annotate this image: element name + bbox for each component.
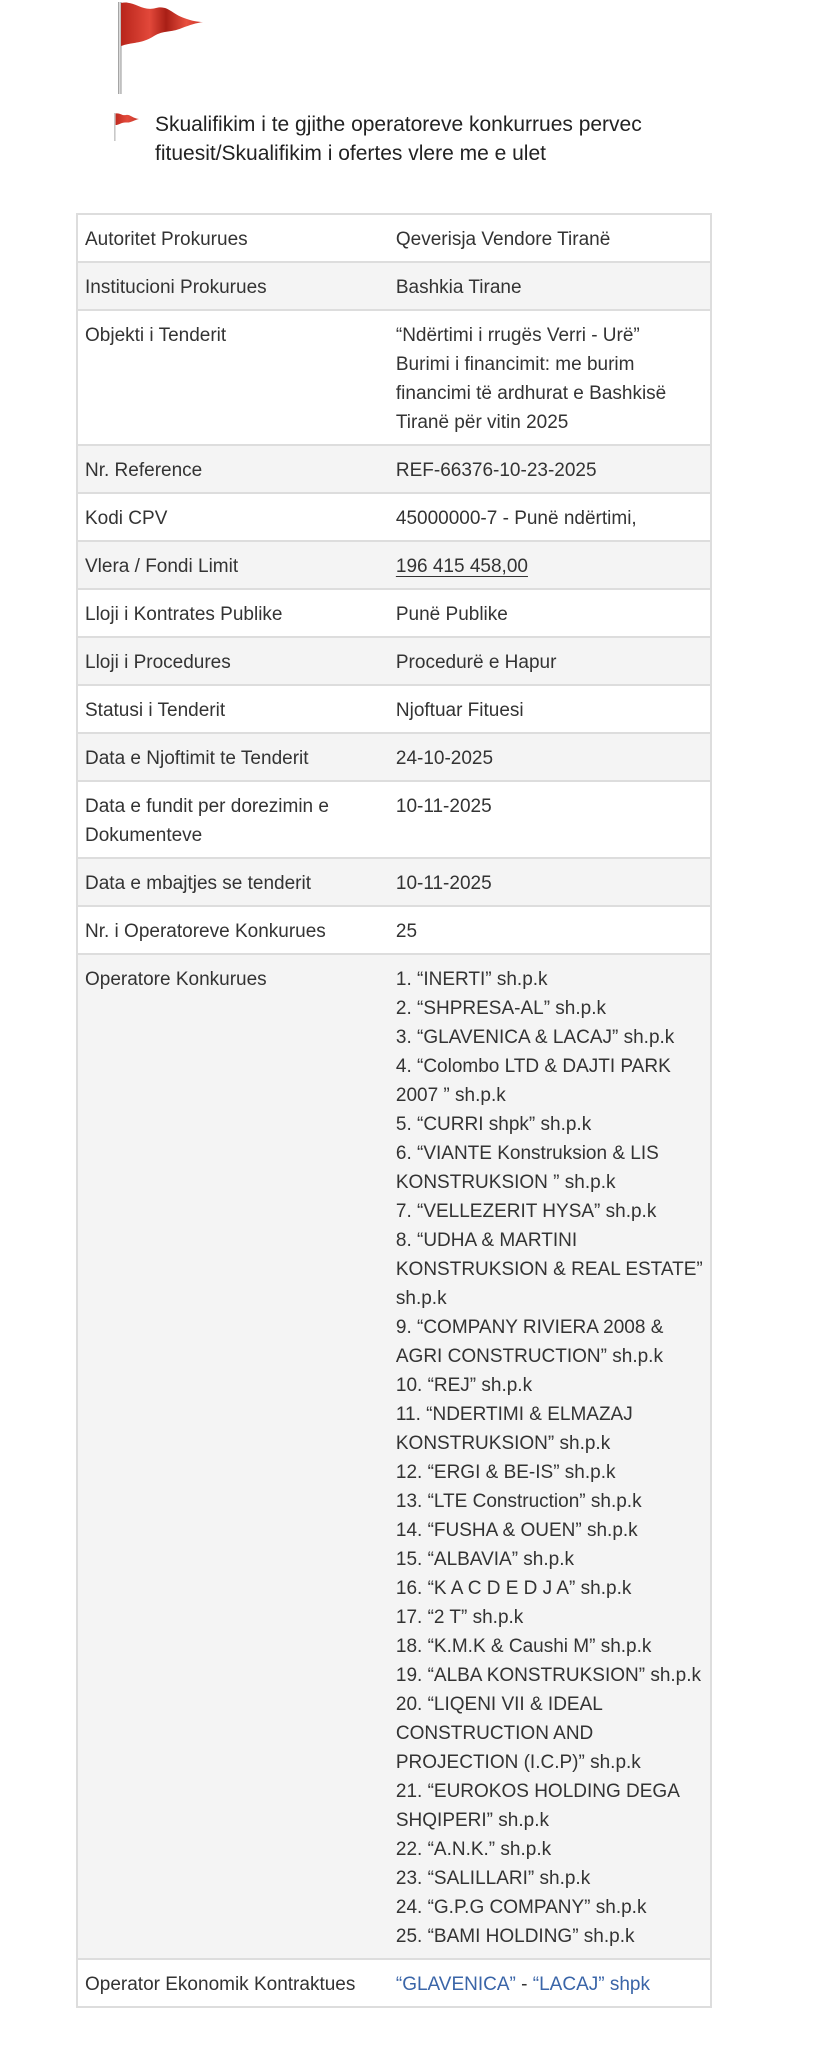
row-label: Nr. Reference: [77, 445, 388, 493]
red-flag-icon: [112, 112, 144, 144]
list-item: 2. “SHPRESA-AL” sh.p.k: [396, 994, 703, 1023]
winner-link-lacaj[interactable]: “LACAJ” shpk: [533, 1974, 650, 1995]
disqualification-headline: Skualifikim i te gjithe operatoreve konk…: [155, 110, 752, 168]
table-row: Vlera / Fondi Limit 196 415 458,00: [77, 541, 711, 589]
table-row: Nr. i Operatoreve Konkurues 25: [77, 906, 711, 954]
limit-fund-value[interactable]: 196 415 458,00: [396, 556, 528, 577]
list-item: 1. “INERTI” sh.p.k: [396, 965, 703, 994]
reference-number-value: REF-66376-10-23-2025: [388, 445, 711, 493]
procedure-type-value: Procedurë e Hapur: [388, 637, 711, 685]
list-item: 21. “EUROKOS HOLDING DEGA SHQIPERI” sh.p…: [396, 1777, 703, 1835]
list-item: 10. “REJ” sh.p.k: [396, 1371, 703, 1400]
list-item: 9. “COMPANY RIVIERA 2008 & AGRI CONSTRUC…: [396, 1313, 703, 1371]
list-item: 11. “NDERTIMI & ELMAZAJ KONSTRUKSION” sh…: [396, 1400, 703, 1458]
row-label: Nr. i Operatoreve Konkurues: [77, 906, 388, 954]
winner-separator: -: [516, 1974, 533, 1995]
tender-object-title: “Ndërtimi i rrugës Verri - Urë”: [396, 321, 703, 350]
list-item: 6. “VIANTE Konstruksion & LIS KONSTRUKSI…: [396, 1139, 703, 1197]
cpv-code-value: 45000000-7 - Punë ndërtimi,: [388, 493, 711, 541]
row-label: Data e fundit per dorezimin e Dokumentev…: [77, 781, 388, 858]
contracting-institution-value: Bashkia Tirane: [388, 262, 711, 310]
list-item: 24. “G.P.G COMPANY” sh.p.k: [396, 1893, 703, 1922]
row-label: Data e mbajtjes se tenderit: [77, 858, 388, 906]
tender-status-value: Njoftuar Fituesi: [388, 685, 711, 733]
list-item: 7. “VELLEZERIT HYSA” sh.p.k: [396, 1197, 703, 1226]
table-row: Nr. Reference REF-66376-10-23-2025: [77, 445, 711, 493]
table-row: Operator Ekonomik Kontraktues “GLAVENICA…: [77, 1959, 711, 2007]
row-label: Lloji i Procedures: [77, 637, 388, 685]
list-item: 19. “ALBA KONSTRUKSION” sh.p.k: [396, 1661, 703, 1690]
tender-object-value: “Ndërtimi i rrugës Verri - Urë” Burimi i…: [388, 310, 711, 445]
list-item: 17. “2 T” sh.p.k: [396, 1603, 703, 1632]
table-row: Lloji i Kontrates Publike Punë Publike: [77, 589, 711, 637]
red-flag-icon: [112, 0, 212, 96]
list-item: 8. “UDHA & MARTINI KONSTRUKSION & REAL E…: [396, 1226, 703, 1313]
notice-date-value: 24-10-2025: [388, 733, 711, 781]
list-item: 23. “SALILLARI” sh.p.k: [396, 1864, 703, 1893]
list-item: 13. “LTE Construction” sh.p.k: [396, 1487, 703, 1516]
row-label: Data e Njoftimit te Tenderit: [77, 733, 388, 781]
table-row: Operatore Konkurues 1. “INERTI” sh.p.k2.…: [77, 954, 711, 1959]
contracting-authority-value: Qeverisja Vendore Tiranë: [388, 214, 711, 262]
row-label: Lloji i Kontrates Publike: [77, 589, 388, 637]
list-item: 15. “ALBAVIA” sh.p.k: [396, 1545, 703, 1574]
row-label: Vlera / Fondi Limit: [77, 541, 388, 589]
list-item: 5. “CURRI shpk” sh.p.k: [396, 1110, 703, 1139]
list-item: 18. “K.M.K & Caushi M” sh.p.k: [396, 1632, 703, 1661]
table-row: Lloji i Procedures Procedurë e Hapur: [77, 637, 711, 685]
row-label: Kodi CPV: [77, 493, 388, 541]
tender-funding-source: Burimi i financimit: me burim financimi …: [396, 350, 703, 437]
row-label: Operator Ekonomik Kontraktues: [77, 1959, 388, 2007]
list-item: 3. “GLAVENICA & LACAJ” sh.p.k: [396, 1023, 703, 1052]
table-row: Data e Njoftimit te Tenderit 24-10-2025: [77, 733, 711, 781]
list-item: 25. “BAMI HOLDING” sh.p.k: [396, 1922, 703, 1951]
row-label: Statusi i Tenderit: [77, 685, 388, 733]
row-label: Operatore Konkurues: [77, 954, 388, 1959]
competing-operators-list: 1. “INERTI” sh.p.k2. “SHPRESA-AL” sh.p.k…: [396, 965, 703, 1951]
operator-count-value: 25: [388, 906, 711, 954]
row-label: Institucioni Prokurues: [77, 262, 388, 310]
contracted-operator-value: “GLAVENICA” - “LACAJ” shpk: [388, 1959, 711, 2007]
table-row: Data e mbajtjes se tenderit 10-11-2025: [77, 858, 711, 906]
tender-holding-date-value: 10-11-2025: [388, 858, 711, 906]
submission-deadline-value: 10-11-2025: [388, 781, 711, 858]
list-item: 4. “Colombo LTD & DAJTI PARK 2007 ” sh.p…: [396, 1052, 703, 1110]
list-item: 16. “K A C D E D J A” sh.p.k: [396, 1574, 703, 1603]
row-label: Objekti i Tenderit: [77, 310, 388, 445]
list-item: 22. “A.N.K.” sh.p.k: [396, 1835, 703, 1864]
contract-type-value: Punë Publike: [388, 589, 711, 637]
table-row: Statusi i Tenderit Njoftuar Fituesi: [77, 685, 711, 733]
row-label: Autoritet Prokurues: [77, 214, 388, 262]
tender-details-table: Autoritet Prokurues Qeverisja Vendore Ti…: [76, 213, 712, 2008]
list-item: 12. “ERGI & BE-IS” sh.p.k: [396, 1458, 703, 1487]
table-row: Autoritet Prokurues Qeverisja Vendore Ti…: [77, 214, 711, 262]
table-row: Kodi CPV 45000000-7 - Punë ndërtimi,: [77, 493, 711, 541]
table-row: Data e fundit per dorezimin e Dokumentev…: [77, 781, 711, 858]
headline: Skualifikim i te gjithe operatoreve konk…: [112, 110, 752, 168]
winner-link-glavenica[interactable]: “GLAVENICA”: [396, 1974, 516, 1995]
list-item: 14. “FUSHA & OUEN” sh.p.k: [396, 1516, 703, 1545]
table-row: Objekti i Tenderit “Ndërtimi i rrugës Ve…: [77, 310, 711, 445]
list-item: 20. “LIQENI VII & IDEAL CONSTRUCTION AND…: [396, 1690, 703, 1777]
table-row: Institucioni Prokurues Bashkia Tirane: [77, 262, 711, 310]
